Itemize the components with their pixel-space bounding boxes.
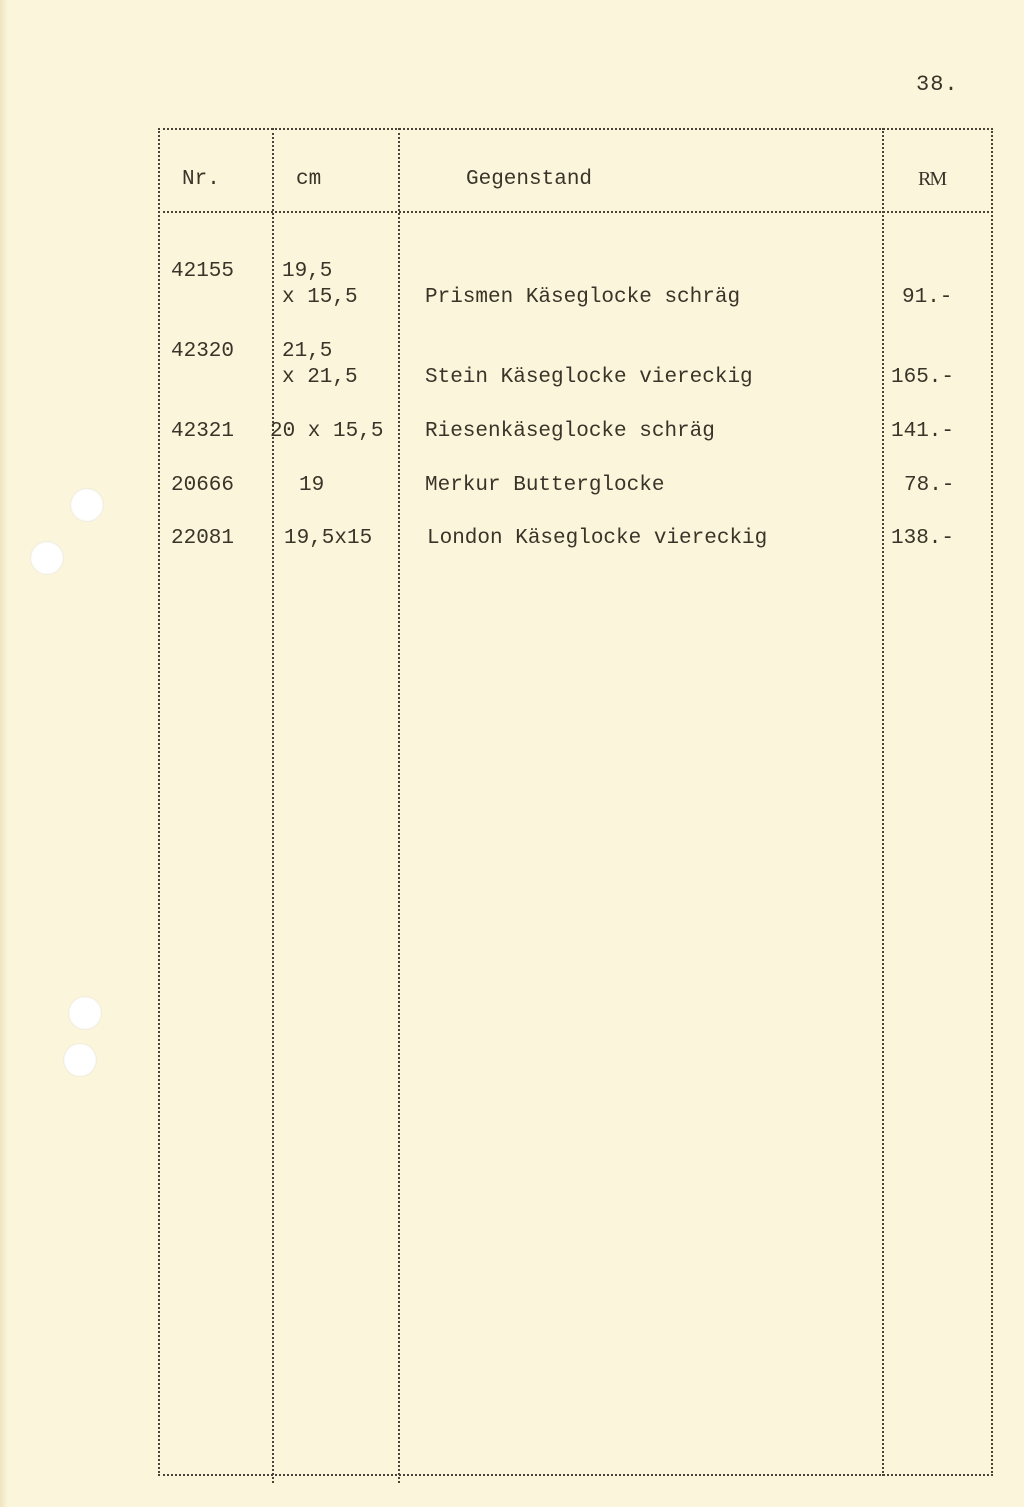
cell-rm: 141.- (891, 420, 954, 444)
cell-rm: 138.- (891, 527, 954, 551)
table-left-border (158, 128, 160, 1476)
cell-cm: 19,5 (282, 260, 332, 284)
header-cm: cm (296, 168, 321, 191)
cell-nr: 42320 (171, 340, 234, 364)
punch-hole (70, 488, 104, 522)
header-gegenstand: Gegenstand (466, 168, 592, 191)
cell-gegenstand: London Käseglocke viereckig (427, 527, 767, 551)
column-divider-cm-gegenstand (398, 128, 400, 1483)
cell-cm: 19,5x15 (284, 527, 372, 551)
header-rm: RM (918, 168, 945, 191)
header-nr: Nr. (182, 168, 220, 191)
punch-hole (30, 541, 64, 575)
inventory-table: Nr. cm Gegenstand RM 42155 19,5 x 15,5 P… (158, 128, 993, 1475)
column-divider-gegenstand-rm (882, 128, 884, 1476)
page-number: 38. (916, 72, 959, 97)
column-divider-nr-cm (272, 128, 274, 1483)
cell-nr: 20666 (171, 474, 234, 498)
cell-gegenstand: Riesenkäseglocke schräg (425, 420, 715, 444)
cell-nr: 22081 (171, 527, 234, 551)
punch-hole (68, 996, 102, 1030)
cell-rm: 91.- (902, 286, 952, 310)
cell-nr: 42155 (171, 260, 234, 284)
cell-rm: 78.- (904, 474, 954, 498)
cell-cm-line2: x 21,5 (282, 366, 358, 390)
cell-cm: 21,5 (282, 340, 332, 364)
cell-nr: 42321 (171, 420, 234, 444)
cell-rm: 165.- (891, 366, 954, 390)
cell-gegenstand: Prismen Käseglocke schräg (425, 286, 740, 310)
cell-gegenstand: Merkur Butterglocke (425, 474, 664, 498)
header-bottom-border (158, 211, 993, 213)
table-right-border (991, 128, 993, 1476)
cell-cm: 19 (299, 474, 324, 498)
punch-hole (63, 1043, 97, 1077)
table-top-border (158, 128, 993, 130)
table-bottom-border (158, 1474, 993, 1476)
cell-cm: 20 x 15,5 (270, 420, 383, 444)
paper-edge (0, 0, 8, 1507)
cell-gegenstand: Stein Käseglocke viereckig (425, 366, 753, 390)
cell-cm-line2: x 15,5 (282, 286, 358, 310)
